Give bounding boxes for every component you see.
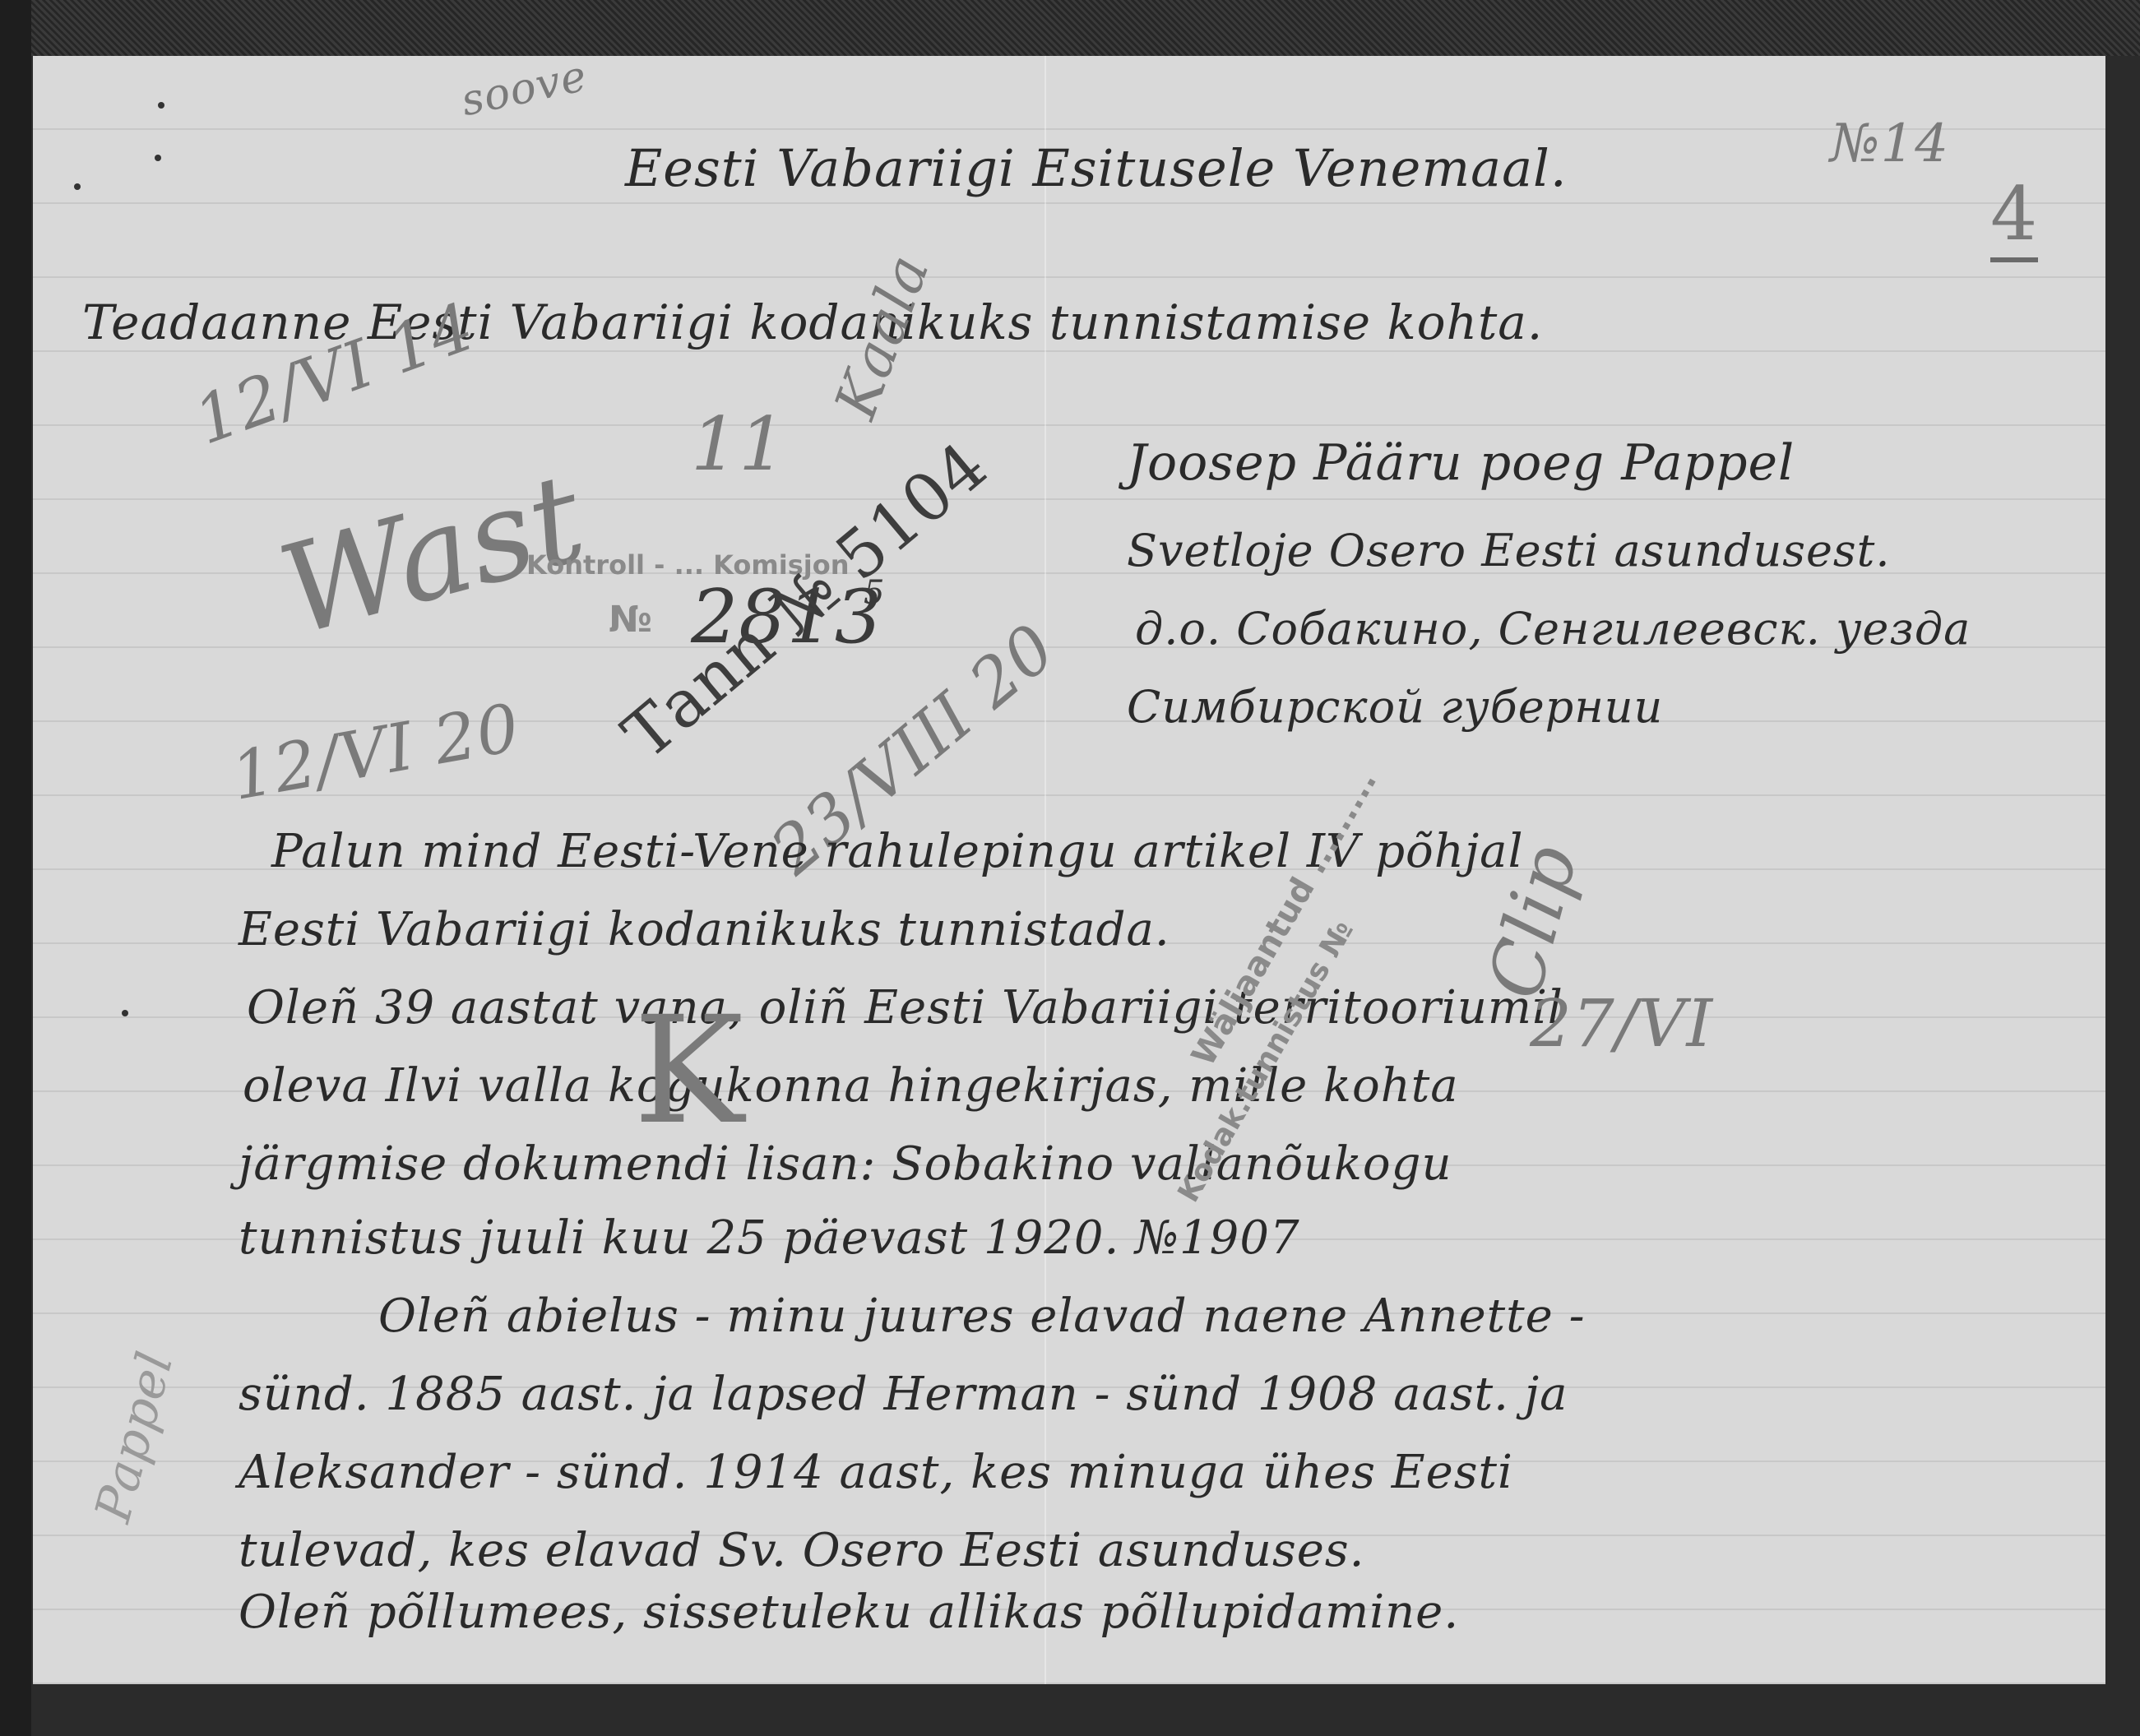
ink-speck <box>74 183 81 190</box>
ink-speck <box>158 102 164 109</box>
sender-address-line-3: Симбирской губернии <box>1127 681 1663 733</box>
archive-binding-top <box>31 0 2140 56</box>
body-line: tulevad, kes elavad Sv. Osero Eesti asun… <box>239 1524 1364 1577</box>
ink-speck <box>122 1010 128 1016</box>
file-sub-number: 4 <box>1990 171 2038 262</box>
document-page: soove Eesti Vabariigi Esitusele Venemaal… <box>33 56 2105 1684</box>
date-annotation-2: 12/VI 20 <box>226 689 526 815</box>
body-line: Aleksander - sünd. 1914 aast, kes minuga… <box>239 1446 1513 1499</box>
body-line: järgmise dokumendi lisan: Sobakino valla… <box>239 1137 1452 1191</box>
body-line: tunnistus juuli kuu 25 päevast 1920. №19… <box>239 1211 1300 1265</box>
letter-k-annotation: K <box>633 985 744 1157</box>
ink-speck <box>155 155 161 161</box>
kontroll-stamp-no-label: № <box>609 599 652 641</box>
sender-address-line-1: Svetloje Osero Eesti asundusest. <box>1127 525 1891 576</box>
sender-name: Joosep Pääru poeg Pappel <box>1127 434 1795 492</box>
body-line: sünd. 1885 aast. ja lapsed Herman - sünd… <box>239 1368 1568 1421</box>
right-pencil-date: 27/VI <box>1530 985 1713 1062</box>
subject-line: Teadaanne Eesti Vabariigi kodanikuks tun… <box>82 294 1543 350</box>
number-annotation: 11 <box>691 401 787 488</box>
file-number: №14 <box>1830 113 1949 174</box>
body-line: Oleñ põllumees, sissetuleku allikas põll… <box>239 1586 1459 1639</box>
pencil-note-top: soove <box>456 56 591 126</box>
body-line: Eesti Vabariigi kodanikuks tunnistada. <box>239 903 1170 956</box>
body-line: Oleñ 39 aastat vana, oliñ Eesti Vabariig… <box>247 981 1563 1035</box>
archive-binding-left <box>0 0 31 1736</box>
body-line: Oleñ abielus - minu juures elavad naene … <box>378 1289 1586 1343</box>
margin-pencil-note: Pappel <box>84 1345 184 1528</box>
addressee-heading: Eesti Vabariigi Esitusele Venemaal. <box>625 138 1568 198</box>
sender-address-line-2: д.о. Собакино, Сенгилеевск. уезда <box>1135 603 1971 655</box>
